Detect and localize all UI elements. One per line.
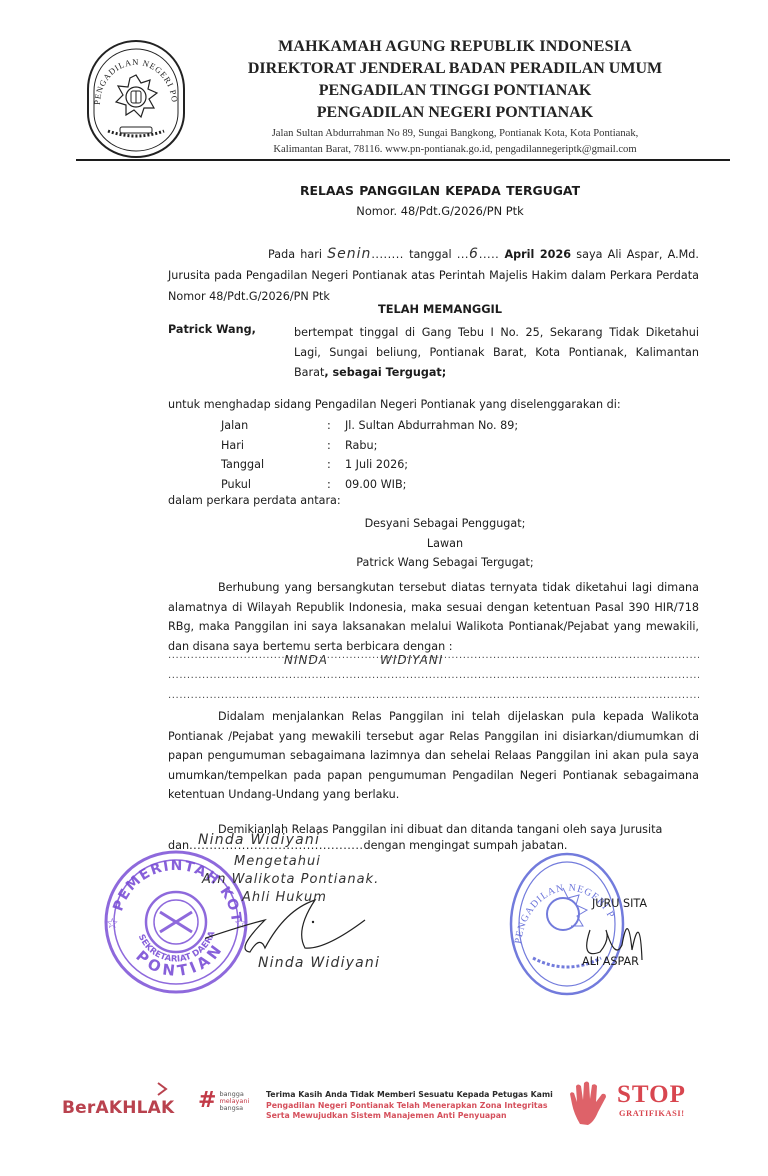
defendant-address: bertempat tinggal di Gang Tebu I No. 25,… xyxy=(294,323,699,383)
letterhead-address: Kalimantan Barat, 78116. www.pn-pontiana… xyxy=(190,142,720,158)
letterhead-address: Jalan Sultan Abdurrahman No 89, Sungai B… xyxy=(190,126,720,142)
plaintiff: Desyani Sebagai Penggugat; xyxy=(300,514,590,534)
case-parties: Desyani Sebagai Penggugat; Lawan Patrick… xyxy=(300,514,590,573)
gratifikasi-label: GRATIFIKASI! xyxy=(619,1109,685,1118)
letterhead-line: PENGADILAN TINGGI PONTIANAK xyxy=(190,80,720,102)
telah-memanggil-heading: TELAH MEMANGGIL xyxy=(160,302,720,316)
dotted-fill-line: ........................................… xyxy=(168,670,699,681)
document-title: RELAAS PANGGILAN KEPADA TERGUGAT xyxy=(160,183,720,198)
defendant-name: Patrick Wang, xyxy=(168,323,256,336)
letterhead-divider xyxy=(76,159,730,161)
letterhead-line: PENGADILAN NEGERI PONTIANAK xyxy=(190,102,720,124)
hearing-schedule: Jalan:Jl. Sultan Abdurrahman No. 89; Har… xyxy=(221,416,518,494)
court-emblem-icon: PENGADILAN NEGERI PONTIANAK xyxy=(80,35,192,159)
chevron-icon xyxy=(155,1082,169,1096)
svg-text:☆: ☆ xyxy=(106,916,119,932)
handwritten-met-name: WIDIYANI xyxy=(380,653,443,667)
bailiff-name: ALI ASPAR xyxy=(582,955,639,968)
handwritten-signer-name: Ninda Widiyani xyxy=(258,955,380,971)
handwritten-day: Senin xyxy=(327,246,371,262)
month-year: April 2026 xyxy=(504,248,571,261)
opening-paragraph: Pada hari Senin........ tanggal ...6....… xyxy=(168,244,699,307)
paragraph-didalam: Didalam menjalankan Relas Panggilan ini … xyxy=(168,707,699,805)
schedule-row: Hari:Rabu; xyxy=(221,436,518,456)
defendant: Patrick Wang Sebagai Tergugat; xyxy=(300,553,590,573)
berakhlak-logo: BerAKHLAK xyxy=(62,1098,174,1118)
schedule-row: Pukul:09.00 WIB; xyxy=(221,475,518,495)
letterhead: MAHKAMAH AGUNG REPUBLIK INDONESIA DIREKT… xyxy=(190,36,720,158)
bangga-melayani-bangsa-logo: # bangga melayani bangsa xyxy=(198,1090,249,1112)
dotted-fill-line: ........................................… xyxy=(168,690,699,701)
stop-label: STOP xyxy=(617,1083,686,1107)
hash-icon: # xyxy=(198,1090,216,1112)
summons-intro: untuk menghadap sidang Pengadilan Negeri… xyxy=(168,398,621,411)
schedule-row: Jalan:Jl. Sultan Abdurrahman No. 89; xyxy=(221,416,518,436)
letterhead-line: MAHKAMAH AGUNG REPUBLIK INDONESIA xyxy=(190,36,720,58)
handwritten-date: 6 xyxy=(469,246,479,262)
integrity-zone-notice: Terima Kasih Anda Tidak Memberi Sesuatu … xyxy=(266,1090,553,1122)
svg-text:PENGADILAN NEGERI PONTIANAK: PENGADILAN NEGERI PONTIANAK xyxy=(80,35,180,105)
case-between-label: dalam perkara perdata antara: xyxy=(168,494,341,507)
red-hand-icon xyxy=(566,1080,616,1126)
handwritten-met-name: NINDA xyxy=(284,653,328,667)
document-number: Nomor. 48/Pdt.G/2026/PN Ptk xyxy=(160,204,720,218)
letterhead-line: DIREKTORAT JENDERAL BADAN PERADILAN UMUM xyxy=(190,58,720,80)
paragraph-berhubung: Berhubung yang bersangkutan tersebut dia… xyxy=(168,578,699,656)
schedule-row: Tanggal:1 Juli 2026; xyxy=(221,455,518,475)
versus: Lawan xyxy=(300,534,590,554)
